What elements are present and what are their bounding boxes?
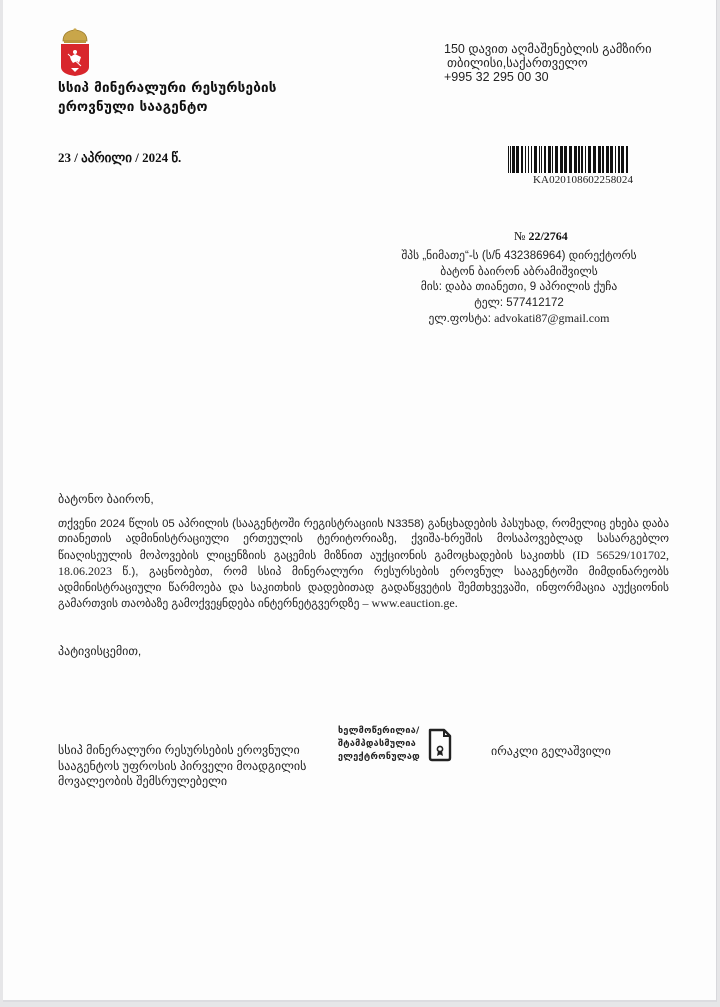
recipient-email-row: ელ.ფოსტა: advokati87@gmail.com	[383, 311, 655, 328]
signer-position: სსიპ მინერალური რესურსების ეროვნული სააგ…	[58, 743, 306, 790]
recipient-name: ბატონ ბაირონ აბრამიშვილს	[383, 265, 655, 281]
letter-date: 23 / აპრილი / 2024 წ.	[58, 150, 181, 166]
number-value: 22/2764	[528, 229, 567, 243]
e-sign-line1: ხელმოწერილია/	[338, 725, 420, 738]
closing-phrase: პატივისცემით,	[58, 644, 141, 658]
barcode-icon	[508, 146, 629, 173]
org-name-line1: სსიპ მინერალური რესურსების	[58, 79, 277, 98]
georgia-coat-of-arms-icon	[59, 27, 91, 77]
signer-position-line1: სსიპ მინერალური რესურსების ეროვნული	[58, 743, 306, 759]
phone-label: ტელ:	[474, 297, 506, 309]
org-name-line2: ეროვნული სააგენტო	[58, 98, 277, 117]
recipient-phone: 577412172	[506, 297, 564, 309]
signer-name: ირაკლი გელაშვილი	[491, 744, 611, 758]
recipient-phone-row: ტელ: 577412172	[383, 296, 655, 312]
address-city: თბილისი,საქართველო	[444, 56, 652, 70]
certified-document-icon	[427, 728, 453, 762]
signer-position-line2: სააგენტოს უფროსის პირველი მოადგილის	[58, 759, 306, 775]
document-number: № 22/2764	[514, 229, 568, 244]
recipient-address: მის: დაბა თიანეთი, 9 აპრილის ქუჩა	[383, 280, 655, 296]
organization-name: სსიპ მინერალური რესურსების ეროვნული სააგ…	[58, 79, 277, 117]
address-phone: +995 32 295 00 30	[444, 70, 652, 84]
email-label: ელ.ფოსტა:	[429, 313, 495, 325]
recipient-company: შპს „ნიმათე“-ს (ს/ნ 432386964) დირექტორს	[383, 249, 655, 265]
e-sign-line2: შტამპდასმულია	[338, 738, 420, 751]
signer-position-line3: მოვალეობის შემსრულებელი	[58, 774, 306, 790]
address-street: 150 დავით აღმაშენებლის გამზირი	[444, 42, 652, 56]
eauction-link[interactable]: – www.eauction.ge.	[363, 596, 458, 610]
letter-page: სსიპ მინერალური რესურსების ეროვნული სააგ…	[3, 0, 717, 1002]
salutation: ბატონო ბაირონ,	[58, 492, 154, 506]
barcode-number: KA020108602258024	[533, 174, 633, 186]
recipient-email[interactable]: advokati87@gmail.com	[494, 311, 609, 325]
e-sign-line3: ელექტრონულად	[338, 751, 420, 764]
number-prefix: №	[514, 229, 525, 243]
sender-address: 150 დავით აღმაშენებლის გამზირი თბილისი,ს…	[444, 42, 652, 84]
electronic-signature-stamp: ხელმოწერილია/ შტამპდასმულია ელექტრონულად	[338, 725, 420, 764]
letter-body: თქვენი 2024 წლის 05 აპრილის (სააგენტოში …	[58, 517, 669, 612]
recipient-block: შპს „ნიმათე“-ს (ს/ნ 432386964) დირექტორს…	[383, 249, 655, 328]
